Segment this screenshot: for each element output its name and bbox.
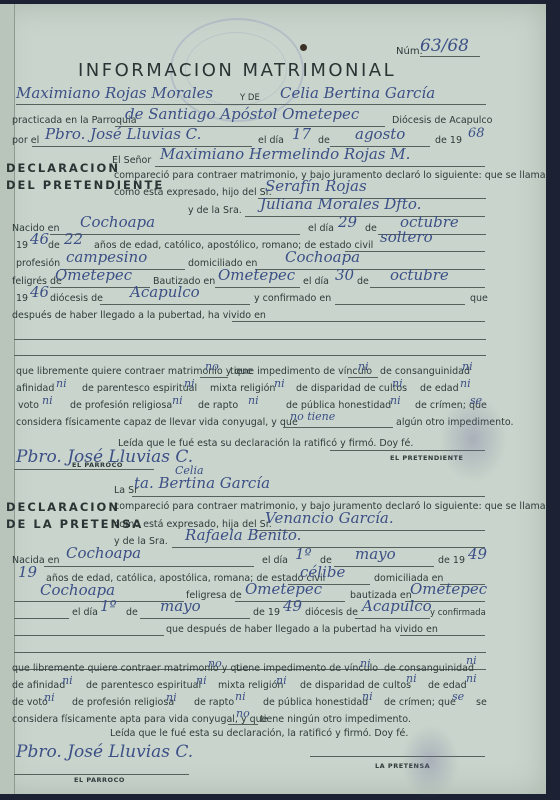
pretensa-libremente-value: no <box>208 657 222 670</box>
pretensa-rapto-label: de rapto <box>194 697 234 708</box>
considera-label: considera físicamente capaz de llevar vi… <box>16 417 298 428</box>
diocesis-label: Diócesis de Acapulco <box>392 115 492 126</box>
pretensa-crimen-value: se <box>452 690 464 703</box>
pretensa-profesion-rel-label: de profesión religiosa <box>72 697 174 708</box>
baut-dia-value: 30 <box>335 266 354 284</box>
pretensa-leida-text: Leída que le fué esta su declaración, la… <box>110 728 408 739</box>
pretensa-nac-dia-value: 1º <box>295 545 312 563</box>
edad-value: 22 <box>64 230 83 248</box>
pubertad-label: después de haber llegado a la pubertad, … <box>12 310 266 321</box>
hijo-label: como está expresado, hijo del Sr. <box>114 187 272 198</box>
afinidad-label: afinidad <box>16 383 54 394</box>
que-label: que <box>470 293 488 304</box>
edad2-value: ni <box>460 377 471 390</box>
parentesco-value: ni <box>184 377 195 390</box>
nacido-value: Cochoapa <box>80 213 155 231</box>
pretensa-mixta-value: ni <box>276 674 287 687</box>
thumbprint-pretensa <box>400 724 460 799</box>
mixta-label: mixta religión <box>210 383 275 394</box>
header-year-prefix: de 19 <box>435 135 462 146</box>
pretensa-afinidad-label: de afinidad <box>12 680 65 691</box>
pretensa-crimen-label: de crímen; que <box>384 697 456 708</box>
pretensa-baut-dia-label: el día <box>72 607 98 618</box>
nac-year-value: 46 <box>30 230 49 248</box>
baut-de-label: de <box>357 276 369 287</box>
edad-de-label: de <box>48 240 60 251</box>
document-page: Núm. 63/68 INFORMACION MATRIMONIAL Maxim… <box>0 4 546 794</box>
pretensa-se-label: se <box>476 697 487 708</box>
pretensa-honestidad-label: de pública honestidad <box>263 697 368 708</box>
pretensa-parroco-label: EL PARROCO <box>74 776 125 784</box>
bautizado-value: Ometepec <box>218 266 295 284</box>
section-title-pretendiente-1: DECLARACION <box>6 161 120 175</box>
diocesis-value: Acapulco <box>130 283 200 301</box>
pretensa-parroco-signature: Pbro. José Lluvias C. <box>16 742 193 762</box>
header-dia-value: 17 <box>292 125 311 143</box>
baut-dia-label: el día <box>303 276 329 287</box>
pretensa-afinidad-value: ni <box>62 674 73 687</box>
pretensa-baut-year-prefix: de 19 <box>253 607 280 618</box>
disparidad-value: ni <box>392 377 403 390</box>
parentesco-label: de parentesco espiritual <box>82 383 197 394</box>
pretensa-consanguinidad-value: ni <box>466 654 477 667</box>
nac-dia-label: el día <box>308 223 334 234</box>
pretensa-baut-de-label: de <box>126 607 138 618</box>
madre-value: Juliana Morales Dfto. <box>260 195 421 213</box>
pretensa-baut-dia-value: 1º <box>100 597 117 615</box>
considera-value: no tiene <box>290 410 335 423</box>
vinculo-value: ni <box>358 360 369 373</box>
confirmada-label: y confirmada <box>430 608 486 618</box>
pretensa-vinculo-value: ni <box>360 657 371 670</box>
pretensa-padre-value: Venancio García. <box>265 509 394 527</box>
pretensa-nac-year-prefix: de 19 <box>438 555 465 566</box>
number-label: Núm. <box>396 46 423 57</box>
bride-name: Celia Bertina García <box>280 84 435 102</box>
srta-value: ta. Bertina García <box>134 474 270 492</box>
pretensa-vinculo-label: tiene impedimento de vínculo <box>236 663 378 674</box>
pretensa-rapto-value: ni <box>235 690 246 703</box>
profesion-rel-value: ni <box>172 394 183 407</box>
pretensa-diocesis-label: diócesis de <box>305 607 358 618</box>
punch-hole <box>300 44 307 51</box>
rapto-label: de rapto <box>198 400 238 411</box>
afinidad-value: ni <box>56 377 67 390</box>
voto-label: voto <box>18 400 39 411</box>
pretensa-nac-dia-label: el día <box>262 555 288 566</box>
mixta-value: ni <box>274 377 285 390</box>
pretensa-otro-label: tiene ningún otro impedimento. <box>260 714 411 725</box>
vinculo-label: tiene impedimento de vínculo <box>230 366 372 377</box>
header-year-value: 68 <box>468 126 485 141</box>
pretensa-diocesis-value: Acapulco <box>362 597 432 615</box>
domiciliado-value: Cochoapa <box>285 248 360 266</box>
madre-label: y de la Sra. <box>188 205 242 216</box>
baut-year-value: 46 <box>30 283 49 301</box>
profesion-label: profesión <box>16 258 60 269</box>
consanguinidad-value: ni <box>462 360 473 373</box>
nac-de-label: de <box>365 223 377 234</box>
por-el-value: Pbro. José Lluvias C. <box>45 125 201 143</box>
pretensa-voto-label: de voto <box>12 697 48 708</box>
senor-value: Maximiano Hermelindo Rojas M. <box>160 145 410 163</box>
voto-value: ni <box>42 394 53 407</box>
pretensa-considera-value: no <box>236 707 250 720</box>
padre-value: Serafín Rojas <box>265 177 367 195</box>
nac-dia-value: 29 <box>338 213 357 231</box>
section-title-pretensa-1: DECLARACION <box>6 500 120 514</box>
pretensa-baut-mes-value: mayo <box>160 597 201 615</box>
libremente-value: no <box>205 360 219 373</box>
diocesis-label: diócesis de <box>50 293 103 304</box>
baut-mes-value: octubre <box>390 266 449 284</box>
page-title: INFORMACION MATRIMONIAL <box>78 60 396 81</box>
profesion-rel-label: de profesión religiosa <box>70 400 172 411</box>
pretensa-parentesco-label: de parentesco espiritual <box>86 680 201 691</box>
pretensa-madre-value: Rafaela Benito. <box>185 526 301 544</box>
pretensa-nac-year-value: 49 <box>468 545 487 563</box>
pretensa-mixta-label: mixta religión <box>218 680 283 691</box>
profesion-value: campesino <box>66 248 147 266</box>
groom-name: Maximiano Rojas Morales <box>16 84 213 102</box>
consanguinidad-label: de consanguinidad <box>380 366 470 377</box>
edad2-label: de edad <box>420 383 459 394</box>
pretensa-honestidad-value: ni <box>362 690 373 703</box>
pretensa-baut-year-value: 49 <box>283 597 302 615</box>
pretensa-disparidad-value: ni <box>406 672 417 685</box>
pretensa-voto-value: ni <box>44 691 55 704</box>
estado-civil-value: soltero <box>380 228 433 246</box>
pretensa-disparidad-label: de disparidad de cultos <box>300 680 411 691</box>
number-value: 63/68 <box>420 36 469 56</box>
pretensa-edad2-value: ni <box>466 672 477 685</box>
pretensa-parentesco-value: ni <box>196 674 207 687</box>
baut-year-prefix: 19 <box>16 293 28 304</box>
por-el-label: por el <box>12 135 39 146</box>
parroco-label: EL PARROCO <box>72 461 123 469</box>
pretensa-edad-value: 19 <box>18 563 37 581</box>
honestidad-value: ni <box>390 394 401 407</box>
pretensa-pubertad-label: que después de haber llegado a la pubert… <box>166 624 438 635</box>
thumbprint-pretendiente <box>438 394 508 484</box>
pretensa-estado-civil-value: célibe <box>300 563 345 581</box>
pretensa-consanguinidad-label: de consanguinidad <box>384 663 474 674</box>
feligres-value: Ometepec <box>55 266 132 284</box>
nacida-value: Cochoapa <box>66 544 141 562</box>
nac-year-prefix: 19 <box>16 240 28 251</box>
header-mes-value: agosto <box>355 125 405 143</box>
disparidad-label: de disparidad de cultos <box>296 383 407 394</box>
confirmado-label: y confirmado en <box>254 293 331 304</box>
y-de-label: Y DE <box>240 93 260 103</box>
feligresa-value: Ometepec <box>245 580 322 598</box>
pretensa-nac-mes-value: mayo <box>355 545 396 563</box>
bautizada-value: Ometepec <box>410 580 487 598</box>
rapto-value: ni <box>248 394 259 407</box>
parroquia-value: de Santiago Apóstol Ometepec <box>125 105 359 123</box>
pretensa-profesion-rel-value: ni <box>166 691 177 704</box>
